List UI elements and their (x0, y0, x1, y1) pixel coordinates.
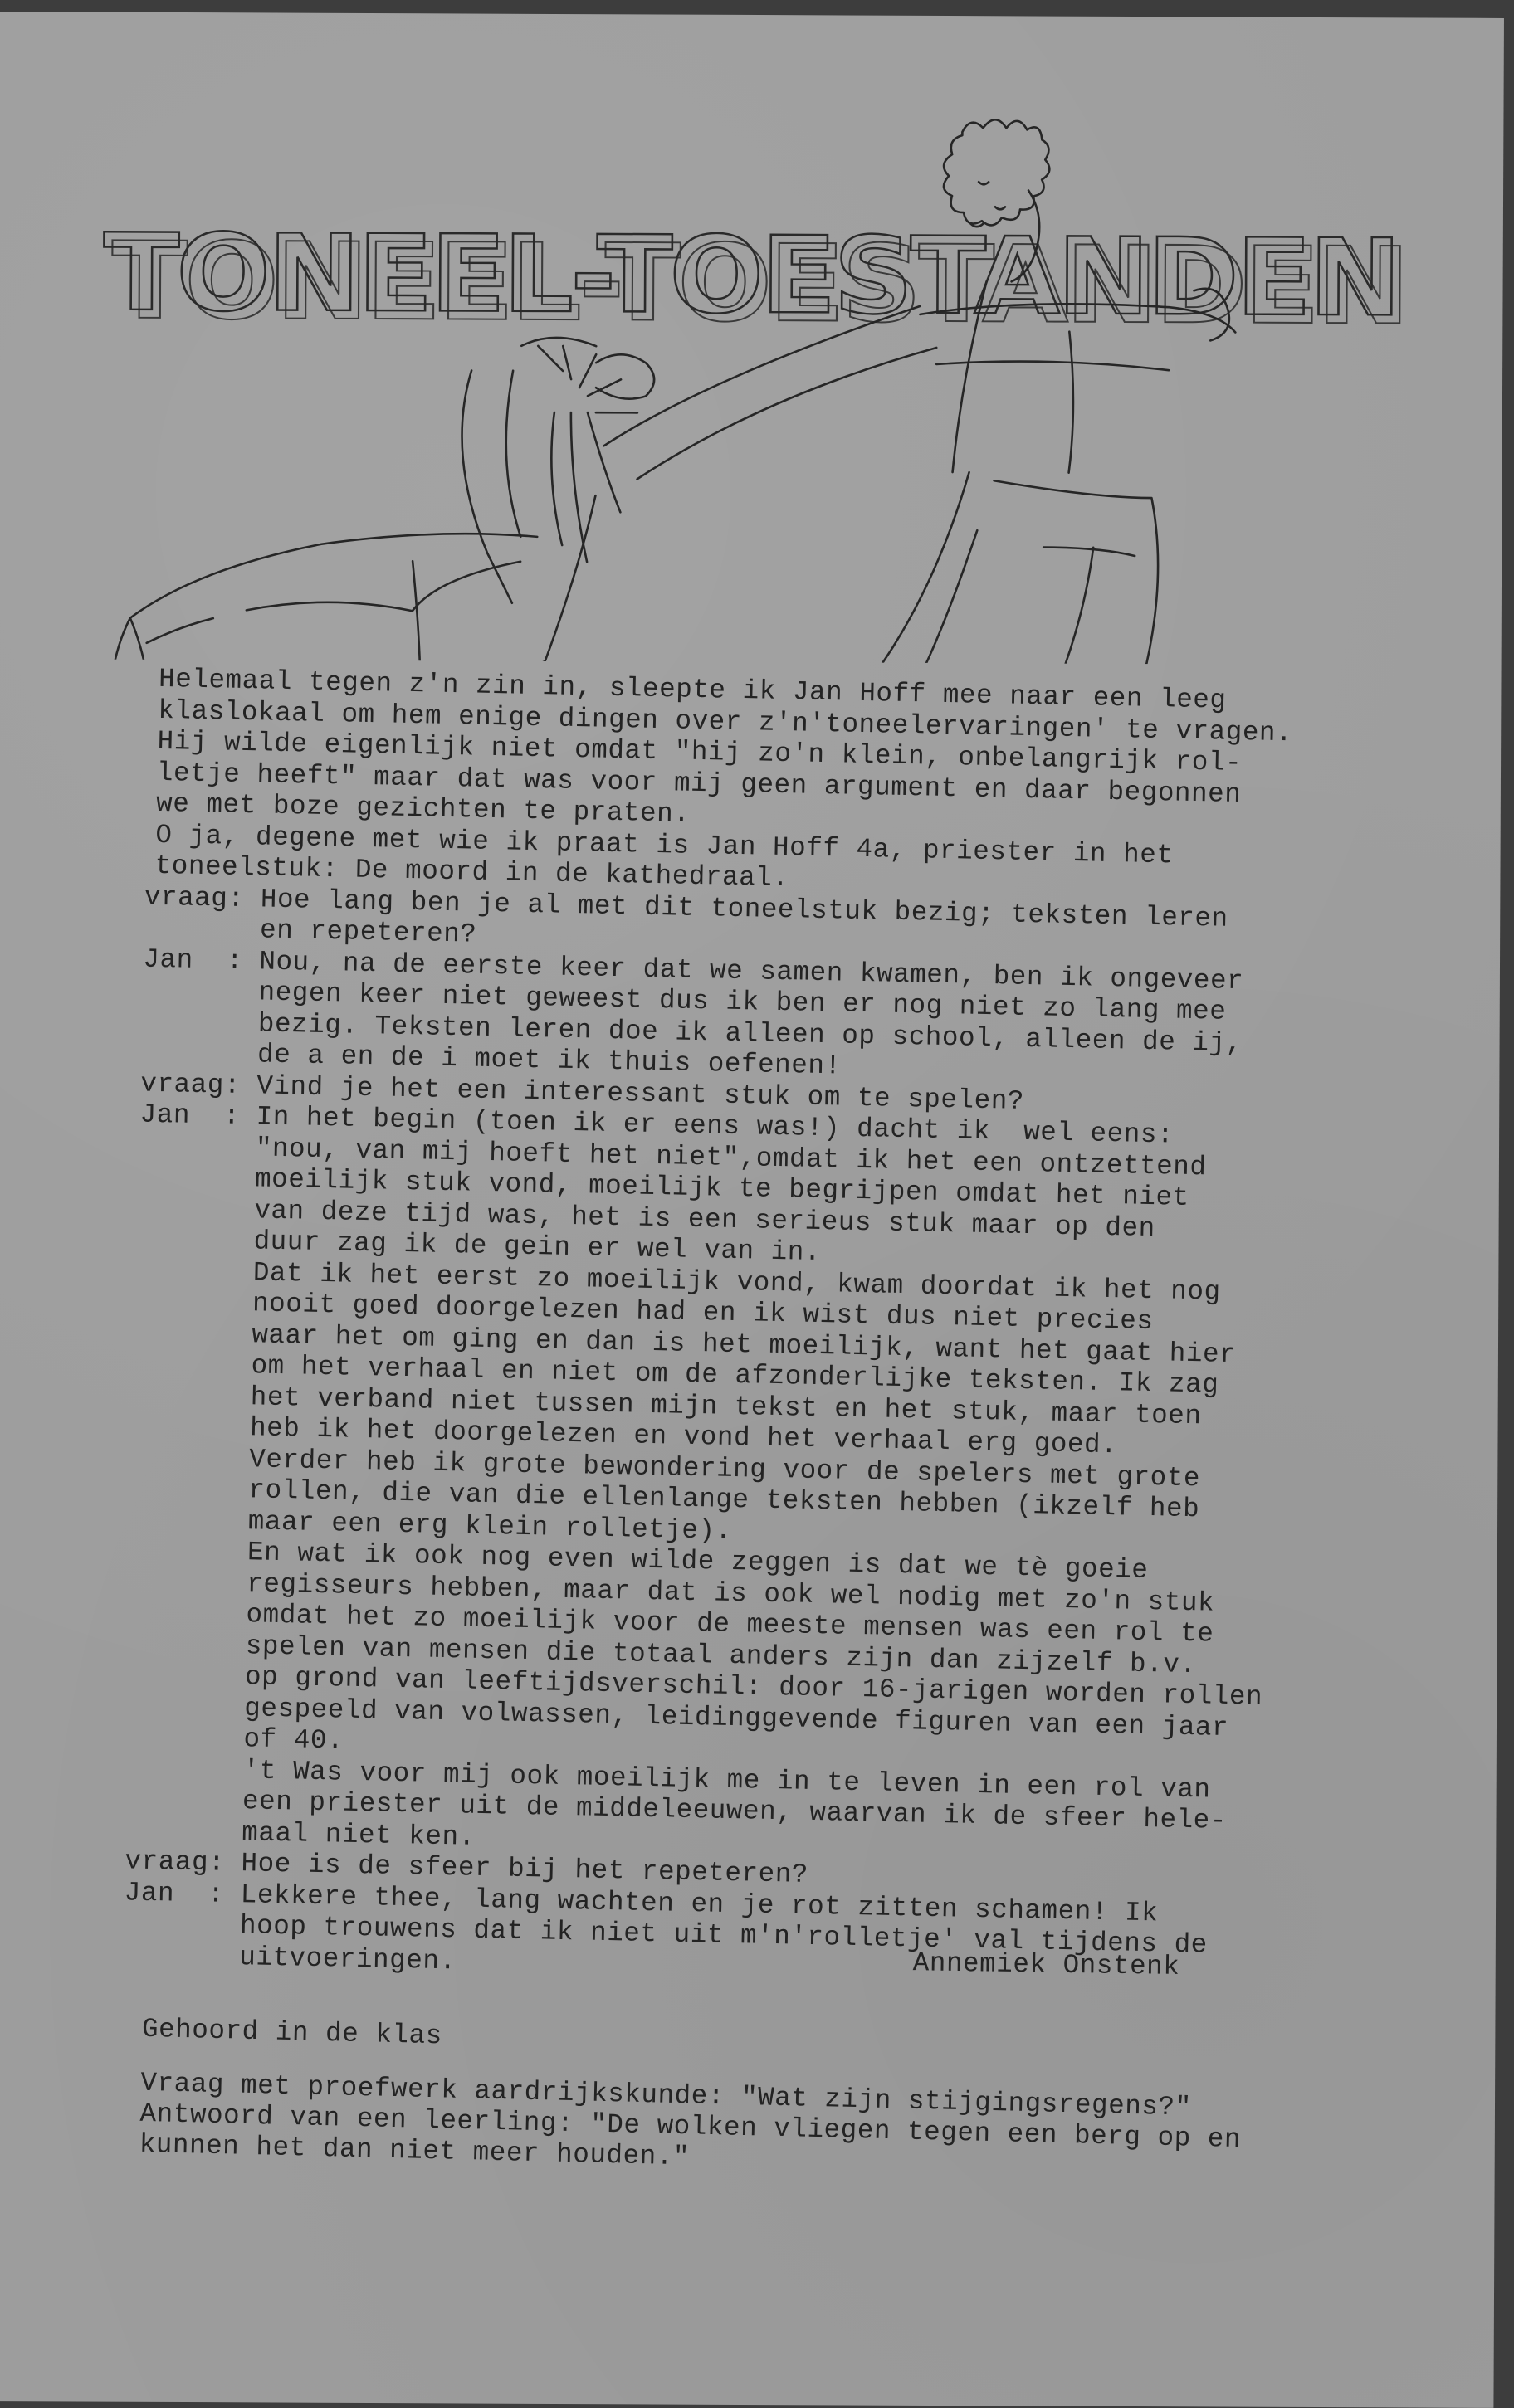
document-page: TONEEL-TOESTANDEN TONEEL-TOESTANDEN (0, 12, 1504, 2401)
speaker-label: Jan : (141, 943, 260, 1070)
author-signature: Annemiek Onstenk (912, 1947, 1179, 1982)
speaker-label: vraag: (125, 1845, 242, 1879)
speaker-label: Jan : (125, 1099, 256, 1849)
interview-article: Helemaal tegen z'n zin in, sleepte ik Ja… (133, 664, 1453, 1996)
section-heading: Gehoord in de klas (142, 2014, 1437, 2075)
falling-figure-drawing (111, 336, 655, 665)
speech-text: In het begin (toen ik er eens was!) dach… (242, 1101, 1274, 1868)
header-illustration: TONEEL-TOESTANDEN TONEEL-TOESTANDEN (22, 95, 1436, 665)
speaker-label: vraag: (140, 1068, 257, 1101)
interview-answer: Jan :In het begin (toen ik er eens was!)… (135, 1099, 1445, 1872)
article-intro: Helemaal tegen z'n zin in, sleepte ik Ja… (154, 664, 1453, 908)
speaker-label: Jan : (123, 1877, 241, 1972)
interview-transcript: vraag:Hoe lang ben je al met dit toneels… (133, 881, 1449, 1996)
speech-text: Nou, na de eerste keer dat we samen kwam… (257, 946, 1244, 1090)
speaker-label: vraag: (144, 881, 261, 946)
anecdote-text: Vraag met proefwerk aardrijkskunde: "Wat… (139, 2068, 1435, 2191)
standing-figure-drawing (603, 118, 1236, 665)
page-title: TONEEL-TOESTANDEN (103, 212, 1399, 341)
gehoord-in-de-klas-section: Gehoord in de klas Vraag met proefwerk a… (139, 2014, 1437, 2191)
